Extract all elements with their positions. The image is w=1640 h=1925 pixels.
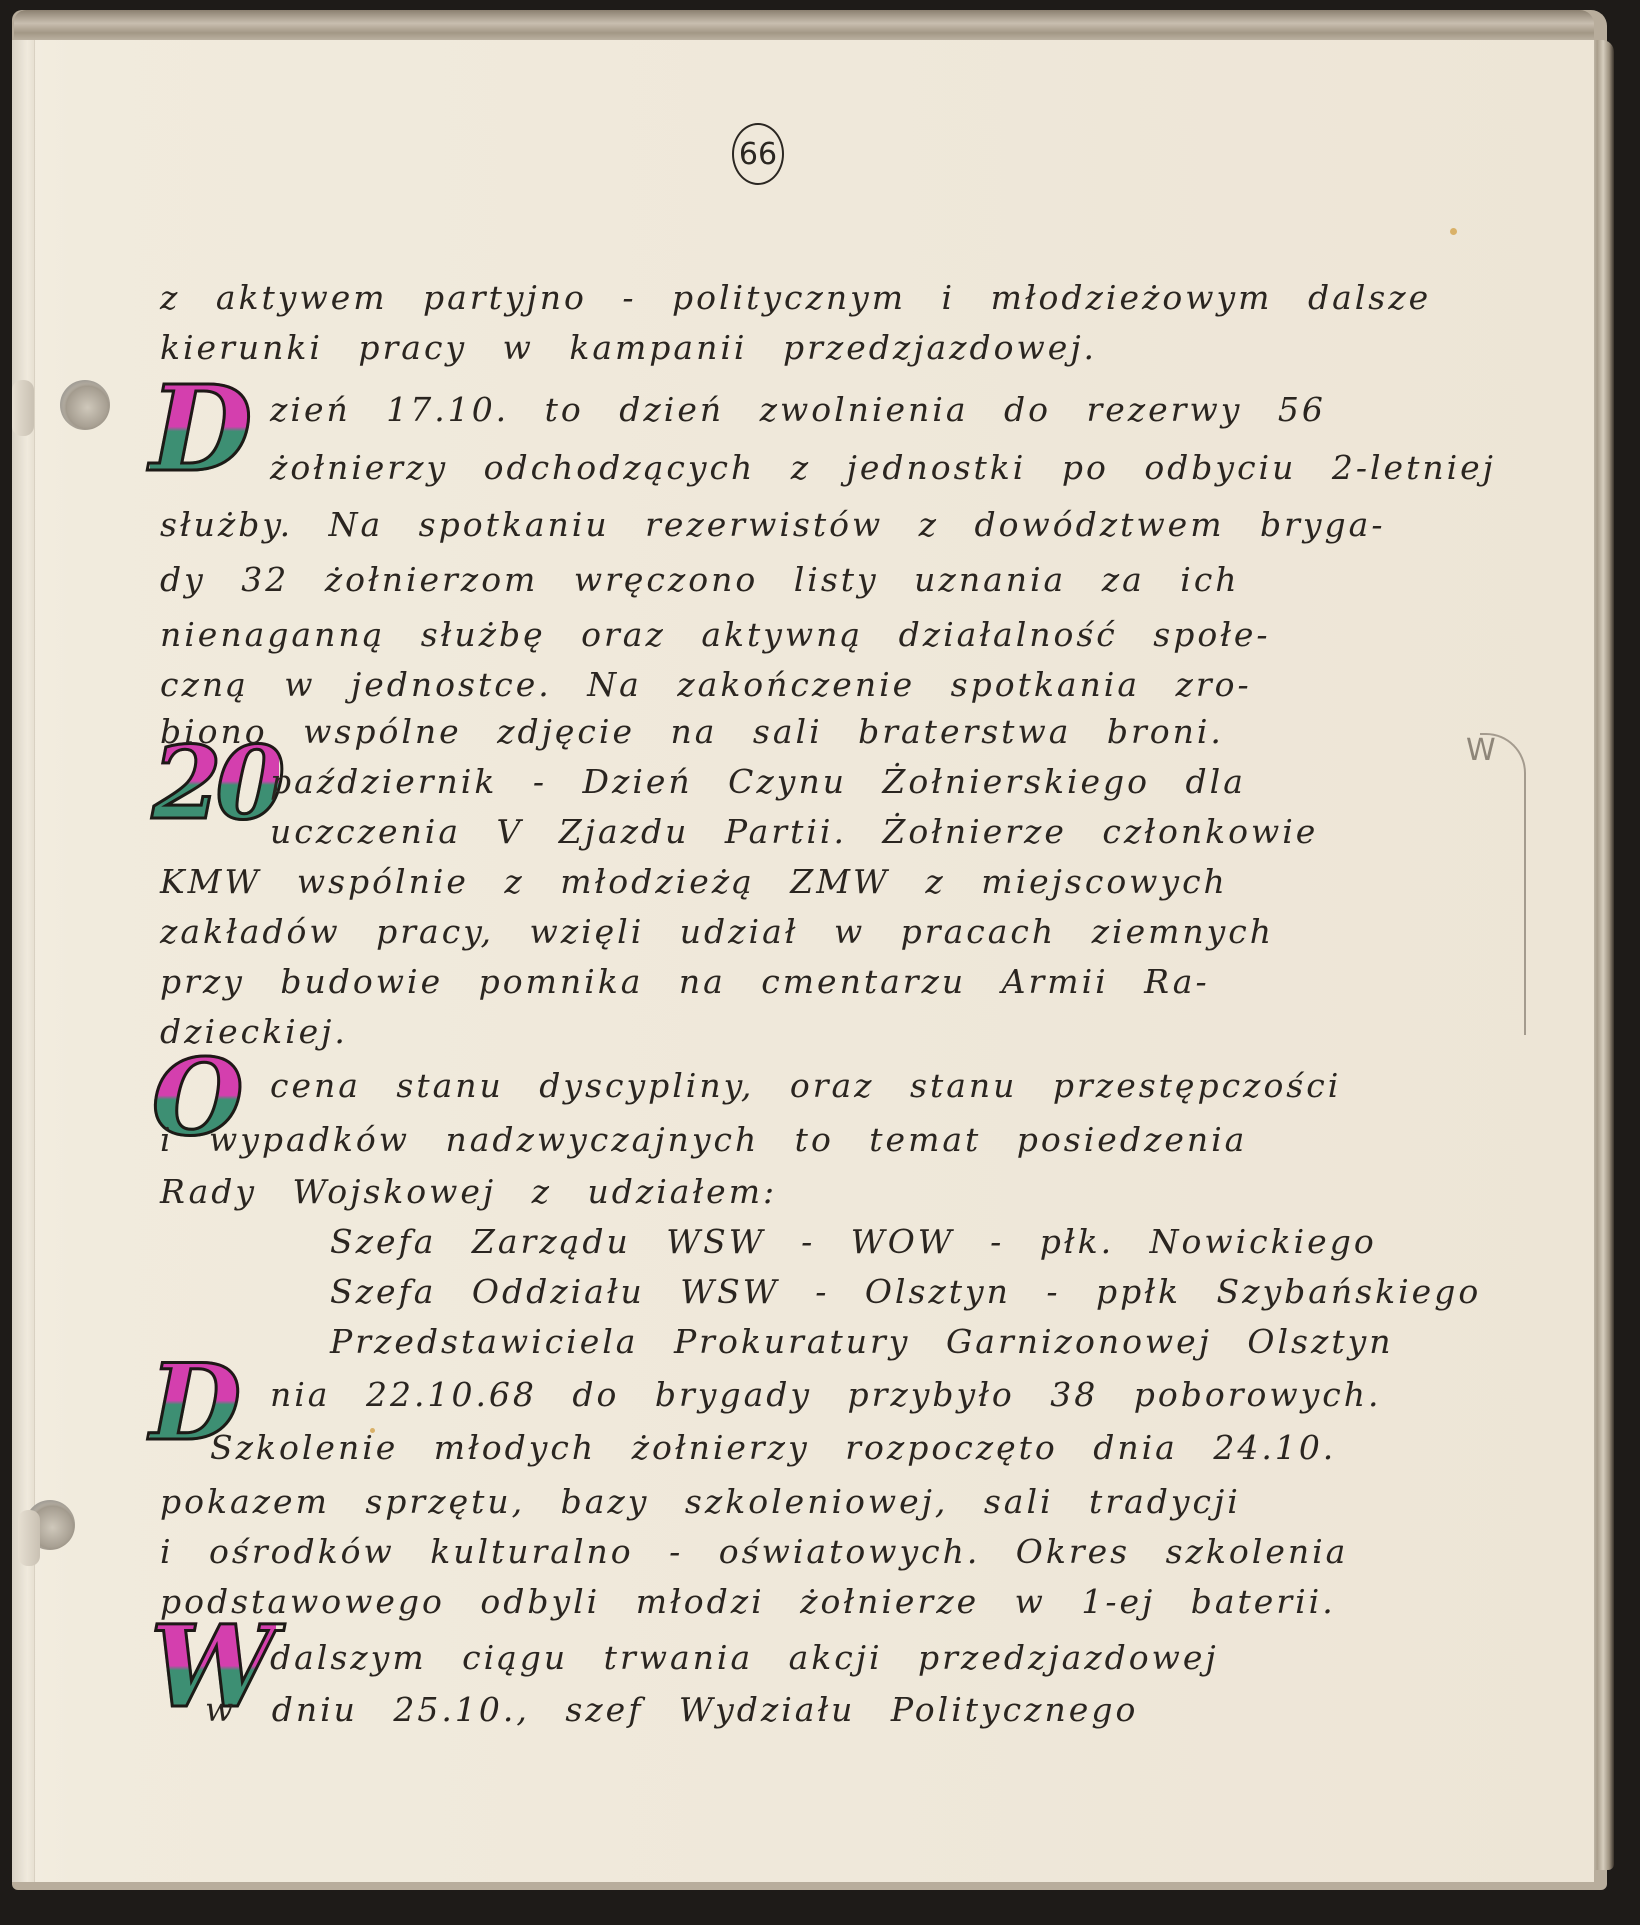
text-line: służby. Na spotkaniu rezerwistów z dowód… <box>160 505 1450 545</box>
text-line: Przedstawiciela Prokuratury Garnizonowej… <box>330 1322 1620 1362</box>
pencil-margin-bracket <box>1480 733 1526 1035</box>
text-line: dy 32 żołnierzom wręczono listy uznania … <box>160 560 1450 600</box>
spine-fold <box>12 40 35 1882</box>
text-line: październik - Dzień Czynu Żołnierskiego … <box>270 762 1560 802</box>
text-line: Szefa Oddziału WSW - Olsztyn - ppłk Szyb… <box>330 1272 1620 1312</box>
text-line: uczczenia V Zjazdu Partii. Żołnierze czł… <box>270 812 1560 852</box>
text-line: z aktywem partyjno - politycznym i młodz… <box>160 278 1450 318</box>
text-line: żołnierzy odchodzących z jednostki po od… <box>270 448 1560 488</box>
text-line: nienaganną służbę oraz aktywną działalno… <box>160 615 1450 655</box>
text-line: dalszym ciągu trwania akcji przedzjazdow… <box>270 1638 1560 1678</box>
text-line: kierunki pracy w kampanii przedzjazdowej… <box>160 328 1450 368</box>
text-line: zień 17.10. to dzień zwolnienia do rezer… <box>270 390 1560 430</box>
text-line: biono wspólne zdjęcie na sali braterstwa… <box>160 712 1450 752</box>
decorated-initial-d: D <box>150 370 252 488</box>
punch-hole-icon <box>60 380 110 430</box>
text-line: zakładów pracy, wzięli udział w pracach … <box>160 912 1450 952</box>
text-line: Szkolenie młodych żołnierzy rozpoczęto d… <box>210 1428 1500 1468</box>
text-line: i ośrodków kulturalno - oświatowych. Okr… <box>160 1532 1450 1572</box>
page-number-text: 66 <box>739 137 777 172</box>
punch-tab <box>12 380 34 436</box>
text-line: Rady Wojskowej z udziałem: <box>160 1172 1450 1212</box>
text-line: i wypadków nadzwyczajnych to temat posie… <box>160 1120 1450 1160</box>
text-line: cena stanu dyscypliny, oraz stanu przest… <box>270 1066 1560 1106</box>
text-line: przy budowie pomnika na cmentarzu Armii … <box>160 962 1450 1002</box>
text-line: podstawowego odbyli młodzi żołnierze w 1… <box>160 1582 1450 1622</box>
text-line: czną w jednostce. Na zakończenie spotkan… <box>160 665 1450 705</box>
text-line: dzieckiej. <box>160 1012 1450 1052</box>
text-line: pokazem sprzętu, bazy szkoleniowej, sali… <box>160 1482 1450 1522</box>
stain-spot <box>1450 228 1457 235</box>
text-line: KMW wspólnie z młodzieżą ZMW z miejscowy… <box>160 862 1450 902</box>
text-line: nia 22.10.68 do brygady przybyło 38 pobo… <box>270 1375 1560 1415</box>
text-line: w dniu 25.10., szef Wydziału Polityczneg… <box>205 1690 1495 1730</box>
page-number: 66 <box>732 123 784 185</box>
text-line: Szefa Zarządu WSW - WOW - płk. Nowickieg… <box>330 1222 1620 1262</box>
punch-tab <box>18 1510 40 1566</box>
